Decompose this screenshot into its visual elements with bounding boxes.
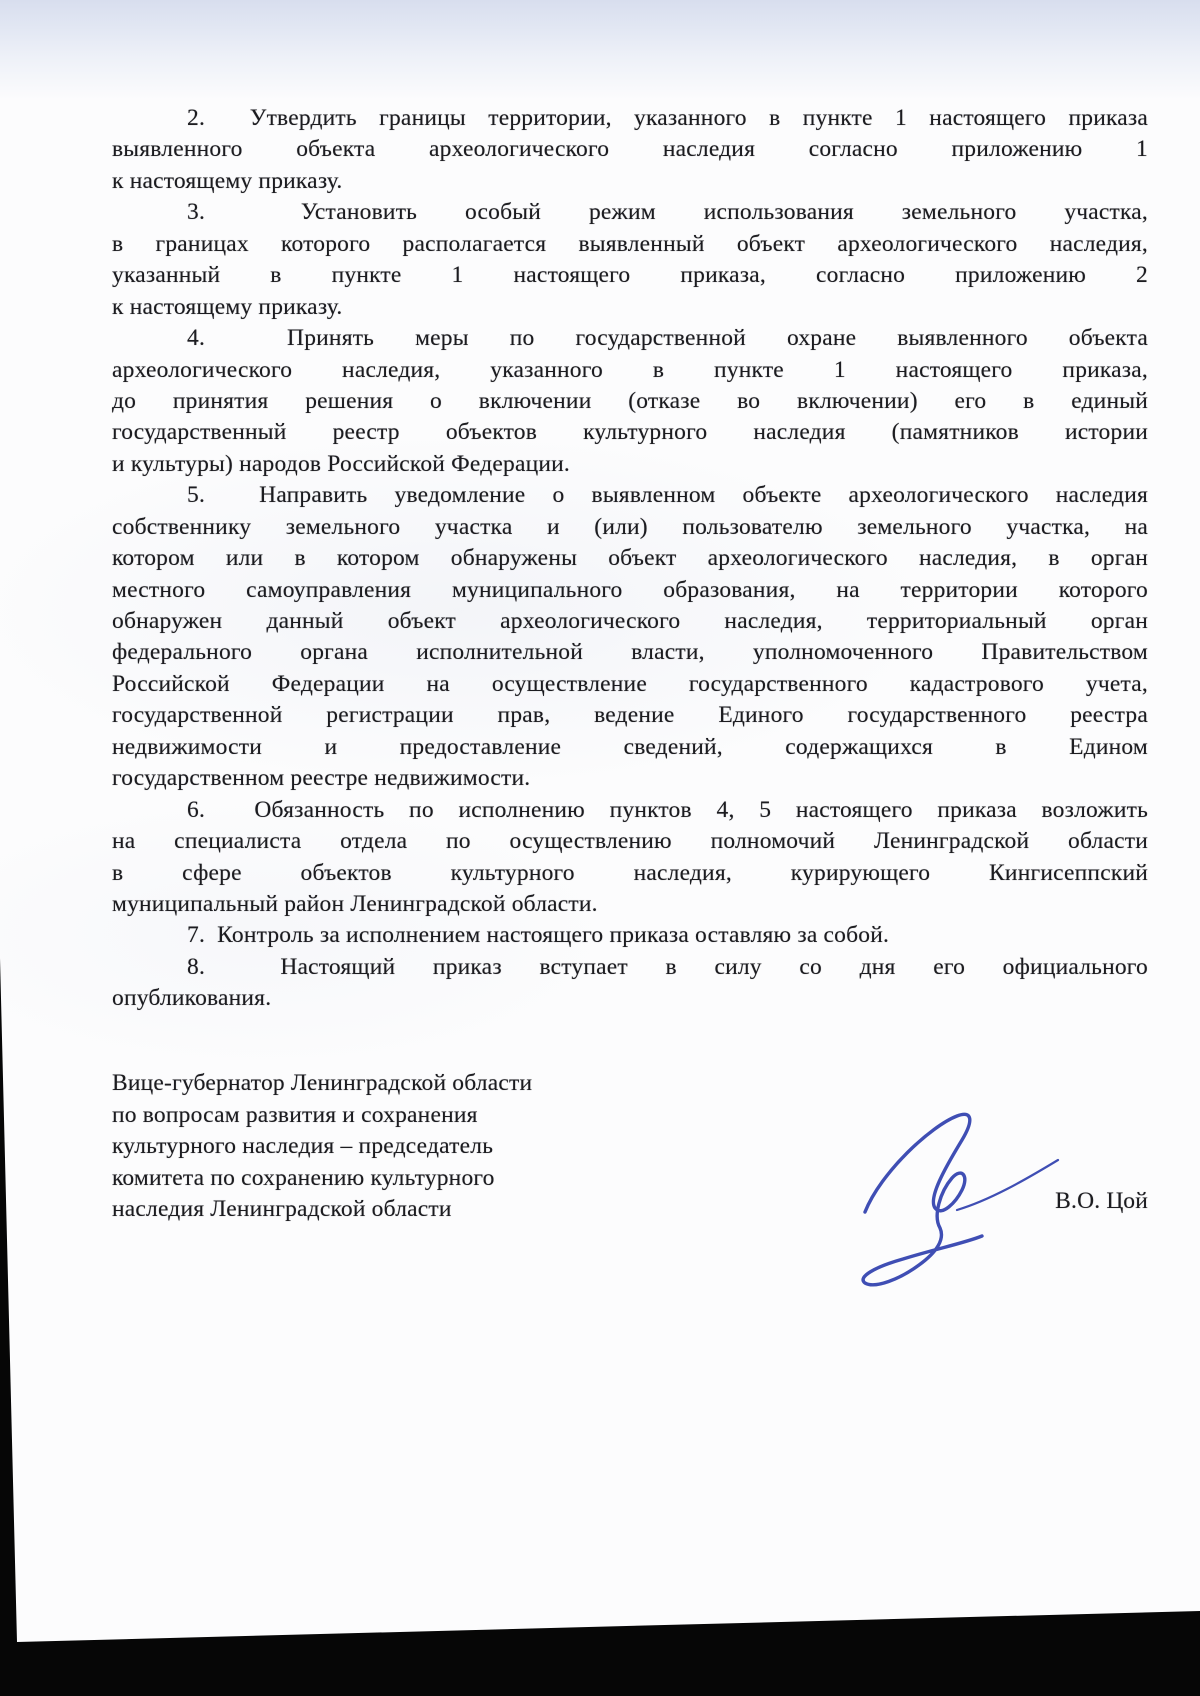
text-line: указанный в пункте 1 настоящего приказа,…	[112, 260, 1148, 291]
signatory-title-line: наследия Ленинградской области	[112, 1194, 672, 1226]
text-line: в сфере объектов культурного наследия, к…	[112, 858, 1148, 889]
order-item-2: 2. Утвердить границы территории, указанн…	[112, 103, 1148, 197]
signatory-title-line: культурного наследия – председатель	[112, 1131, 672, 1163]
text-line: и культуры) народов Российской Федерации…	[112, 449, 1148, 480]
text-line: Российской Федерации на осуществление го…	[112, 669, 1148, 700]
text-line: в границах которого располагается выявле…	[112, 229, 1148, 260]
text-line: недвижимости и предоставление сведений, …	[112, 732, 1148, 763]
signatory-title-line: по вопросам развития и сохранения	[112, 1100, 672, 1132]
order-item-5: 5. Направить уведомление о выявленном об…	[112, 480, 1148, 794]
text-line: 3. Установить особый режим использования…	[112, 197, 1148, 228]
signatory-title-block: Вице-губернатор Ленинградской области по…	[112, 1068, 672, 1226]
text-line: к настоящему приказу.	[112, 292, 1148, 323]
handwritten-signature-icon	[845, 1100, 1075, 1300]
order-item-8: 8. Настоящий приказ вступает в силу со д…	[112, 952, 1148, 1015]
text-line: к настоящему приказу.	[112, 166, 1148, 197]
signatory-name: В.О. Цой	[1055, 1186, 1148, 1218]
text-line: 4. Принять меры по государственной охран…	[112, 323, 1148, 354]
text-line: 2. Утвердить границы территории, указанн…	[112, 103, 1148, 134]
text-line: государственный реестр объектов культурн…	[112, 417, 1148, 448]
text-line: федерального органа исполнительной власт…	[112, 637, 1148, 668]
text-line: государственной регистрации прав, ведени…	[112, 700, 1148, 731]
text-line: выявленного объекта археологического нас…	[112, 134, 1148, 165]
text-line: обнаружен данный объект археологического…	[112, 606, 1148, 637]
text-line: 5. Направить уведомление о выявленном об…	[112, 480, 1148, 511]
text-line: 7. Контроль за исполнением настоящего пр…	[112, 920, 1148, 951]
document-page: 2. Утвердить границы территории, указанн…	[0, 0, 1200, 1696]
order-item-4: 4. Принять меры по государственной охран…	[112, 323, 1148, 480]
scanned-document-screenshot: 2. Утвердить границы территории, указанн…	[0, 0, 1200, 1696]
text-line: 8. Настоящий приказ вступает в силу со д…	[112, 952, 1148, 983]
text-line: до принятия решения о включении (отказе …	[112, 386, 1148, 417]
text-line: государственном реестре недвижимости.	[112, 763, 1148, 794]
order-item-3: 3. Установить особый режим использования…	[112, 197, 1148, 323]
text-line: археологического наследия, указанного в …	[112, 355, 1148, 386]
signatory-title-line: комитета по сохранению культурного	[112, 1163, 672, 1195]
text-line: на специалиста отдела по осуществлению п…	[112, 826, 1148, 857]
order-body-text: 2. Утвердить границы территории, указанн…	[112, 103, 1148, 1015]
text-line: муниципальный район Ленинградской област…	[112, 889, 1148, 920]
text-line: котором или в котором обнаружены объект …	[112, 543, 1148, 574]
signatory-title-line: Вице-губернатор Ленинградской области	[112, 1068, 672, 1100]
text-line: опубликования.	[112, 983, 1148, 1014]
text-line: местного самоуправления муниципального о…	[112, 575, 1148, 606]
scan-top-tint	[0, 0, 1200, 100]
order-item-6: 6. Обязанность по исполнению пунктов 4, …	[112, 795, 1148, 921]
order-item-7: 7. Контроль за исполнением настоящего пр…	[112, 920, 1148, 951]
text-line: собственнику земельного участка и (или) …	[112, 512, 1148, 543]
text-line: 6. Обязанность по исполнению пунктов 4, …	[112, 795, 1148, 826]
